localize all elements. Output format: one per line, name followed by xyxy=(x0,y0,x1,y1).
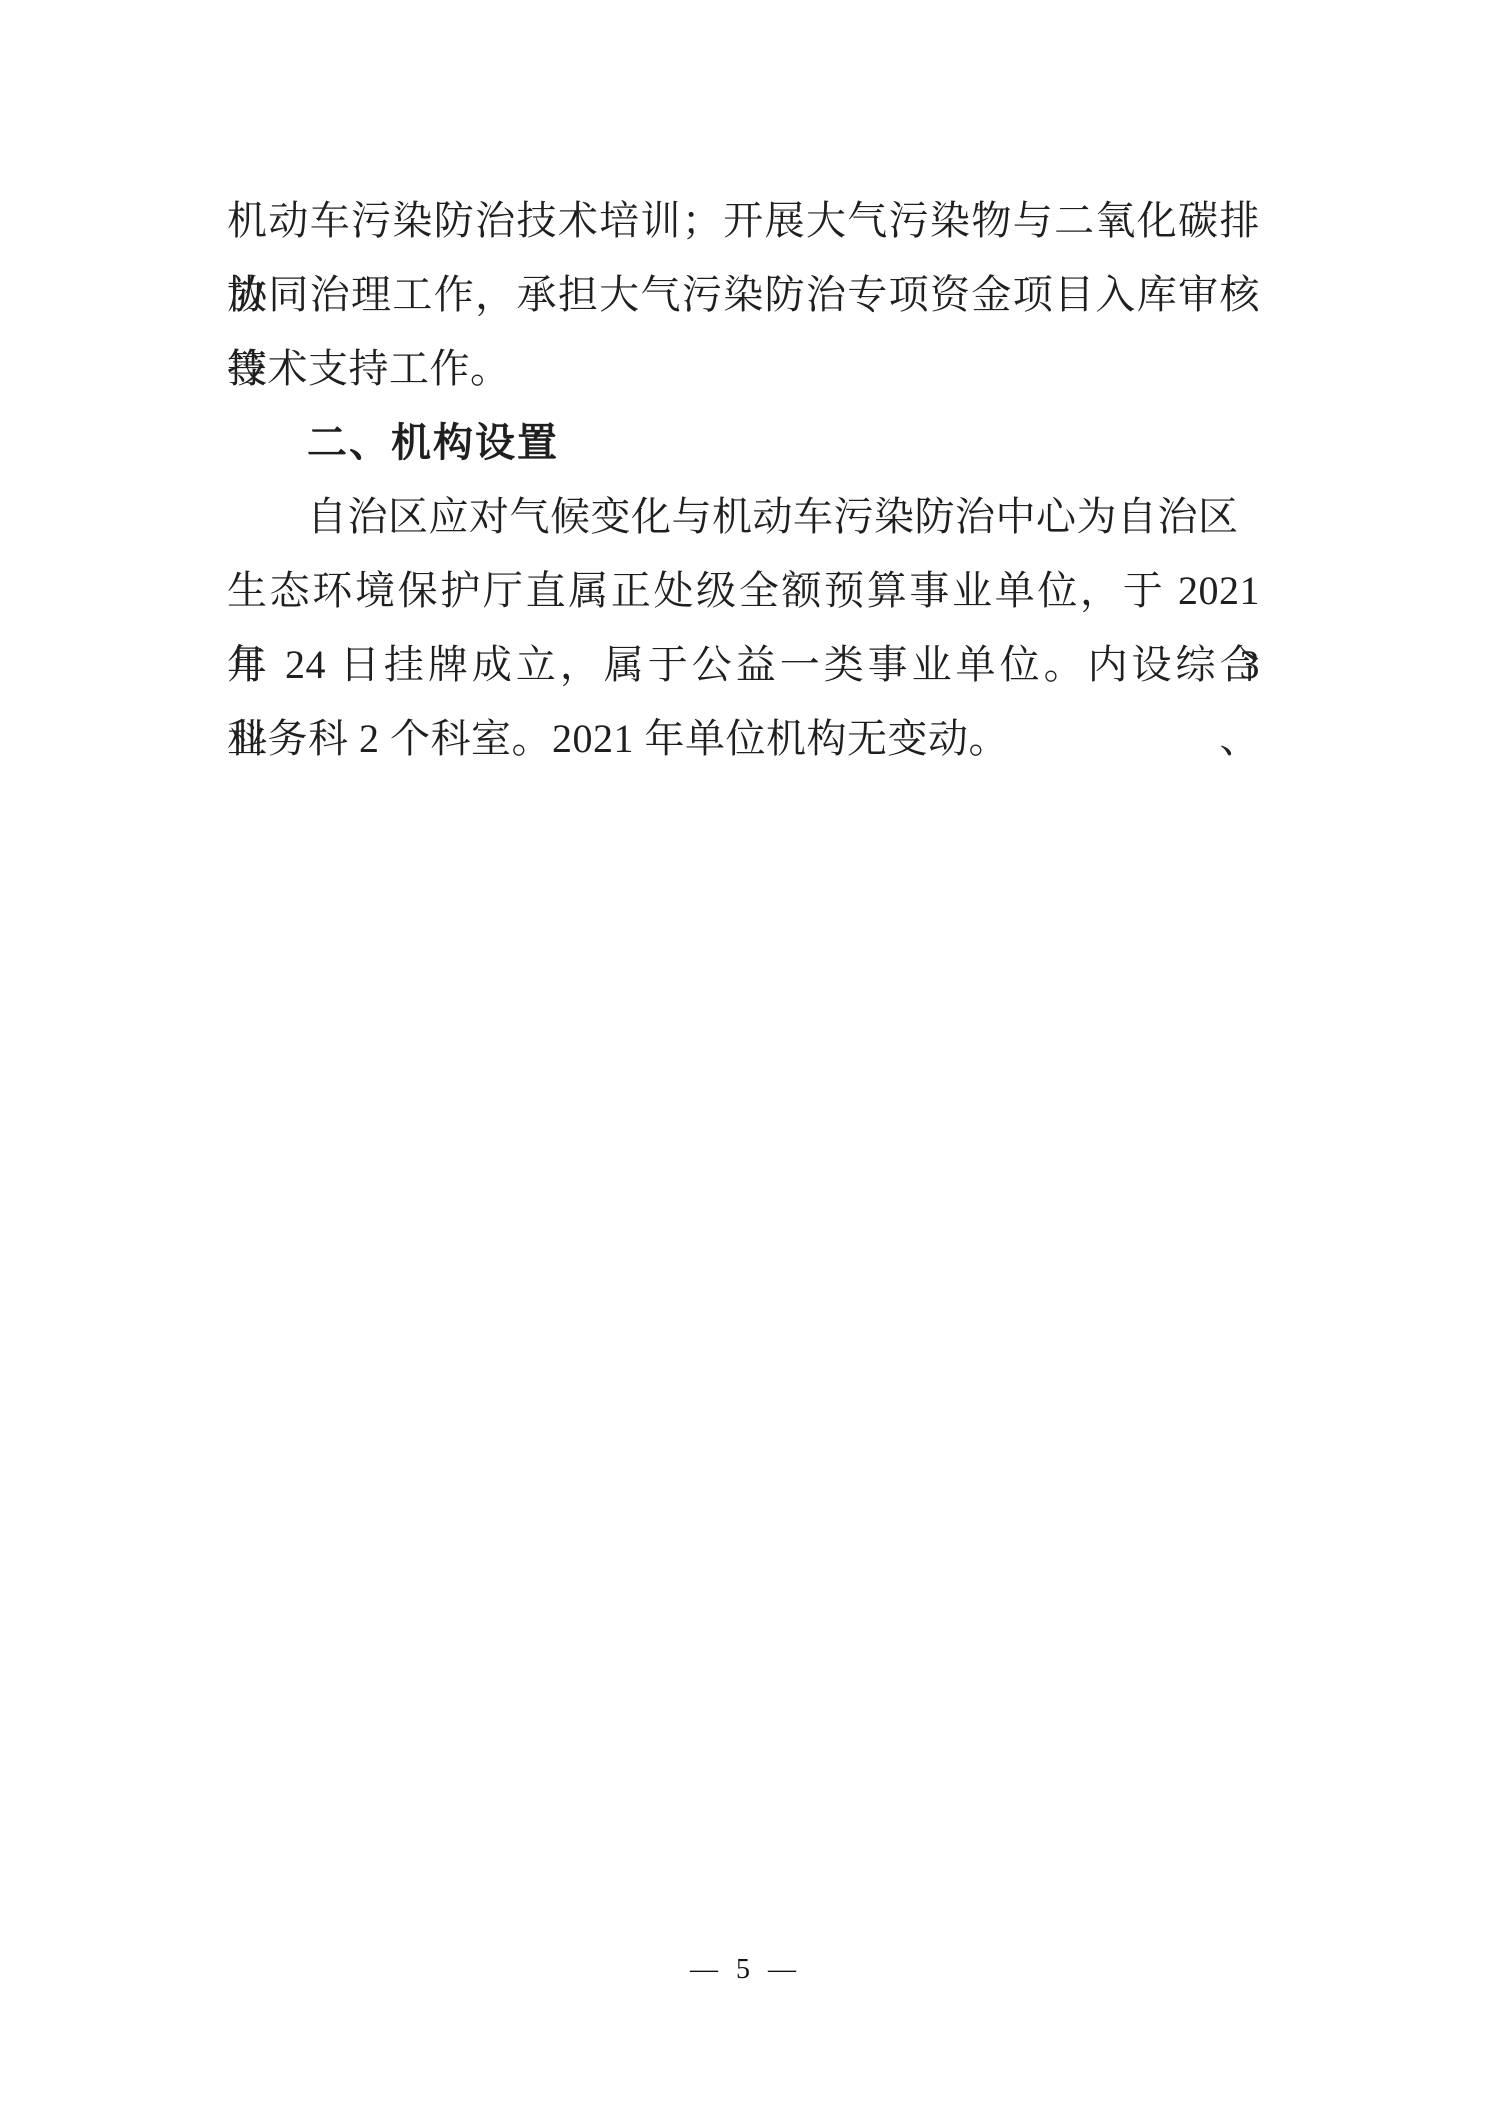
text-line: 机动车污染防治技术培训；开展大气污染物与二氧化碳排放 xyxy=(227,184,1260,258)
text-line: 协同治理工作，承担大气污染防治专项资金项目入库审核等 xyxy=(227,258,1260,332)
document-page: 机动车污染防治技术培训；开展大气污染物与二氧化碳排放 协同治理工作，承担大气污染… xyxy=(0,0,1486,2103)
text-line: 技术支持工作。 xyxy=(227,332,1260,406)
text-line: 自治区应对气候变化与机动车污染防治中心为自治区 xyxy=(227,480,1260,554)
page-footer: —5— xyxy=(0,1952,1486,1988)
page-number: 5 xyxy=(736,1954,750,1985)
section-heading: 二、机构设置 xyxy=(227,406,1260,480)
footer-dash-left: — xyxy=(690,1954,718,1985)
footer-dash-right: — xyxy=(768,1954,796,1985)
document-body: 机动车污染防治技术培训；开展大气污染物与二氧化碳排放 协同治理工作，承担大气污染… xyxy=(227,184,1260,776)
text-line: 生态环境保护厅直属正处级全额预算事业单位，于 2021 年 3 xyxy=(227,554,1260,628)
text-line: 月 24 日挂牌成立，属于公益一类事业单位。内设综合科、 xyxy=(227,628,1260,702)
